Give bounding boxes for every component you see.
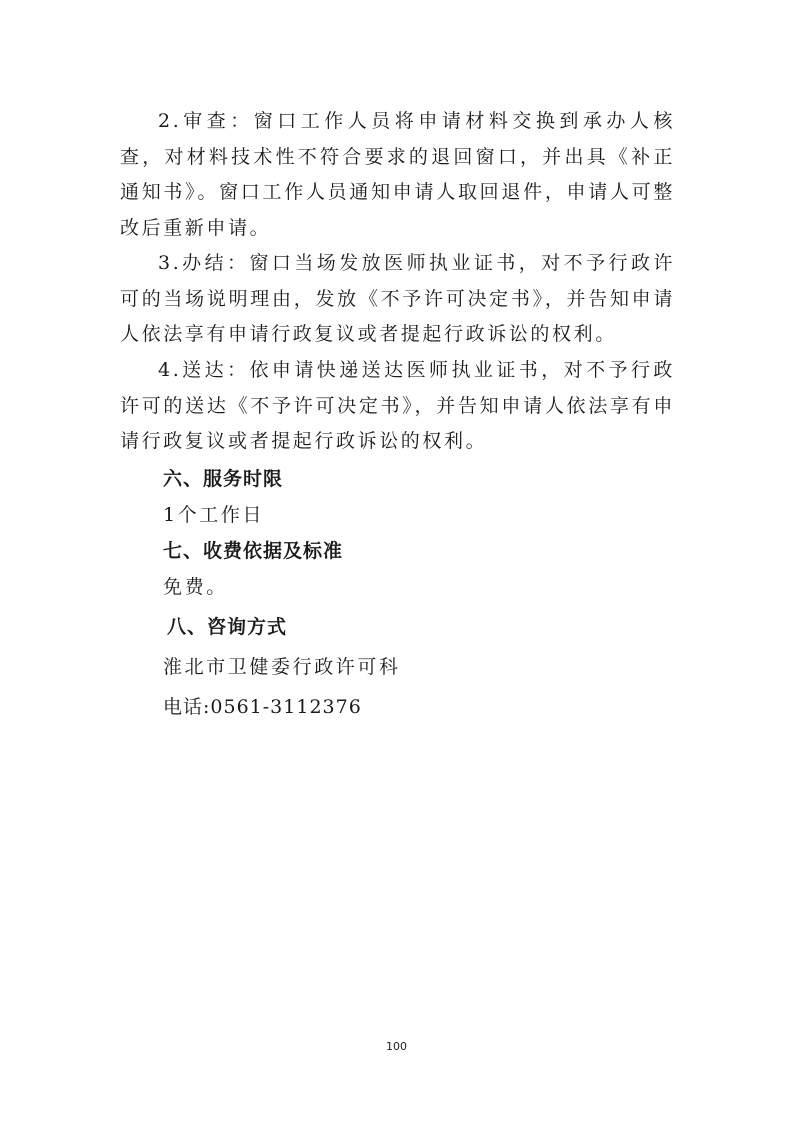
page-number: 100	[0, 1040, 793, 1053]
section-heading-fees: 七、收费依据及标准	[163, 538, 343, 564]
paragraph-completion: 3.办结：窗口当场发放医师执业证书，对不予行政许可的当场说明理由，发放《不予许可…	[120, 246, 675, 353]
paragraph-review: 2.审查：窗口工作人员将申请材料交换到承办人核查，对材料技术性不符合要求的退回窗…	[120, 104, 675, 246]
paragraph-delivery: 4.送达：依申请快递送达医师执业证书，对不予行政许可的送达《不予许可决定书》，并…	[120, 353, 675, 460]
section-heading-service-time: 六、服务时限	[163, 466, 283, 492]
consultation-office: 淮北市卫健委行政许可科	[163, 654, 401, 680]
section-heading-consultation: 八、咨询方式	[167, 614, 287, 640]
document-page: 2.审查：窗口工作人员将申请材料交换到承办人核查，对材料技术性不符合要求的退回窗…	[0, 0, 793, 1122]
consultation-phone: 电话:0561-3112376	[163, 694, 362, 720]
fees-value: 免费。	[163, 574, 228, 600]
service-time-value: 1个工作日	[163, 502, 264, 528]
